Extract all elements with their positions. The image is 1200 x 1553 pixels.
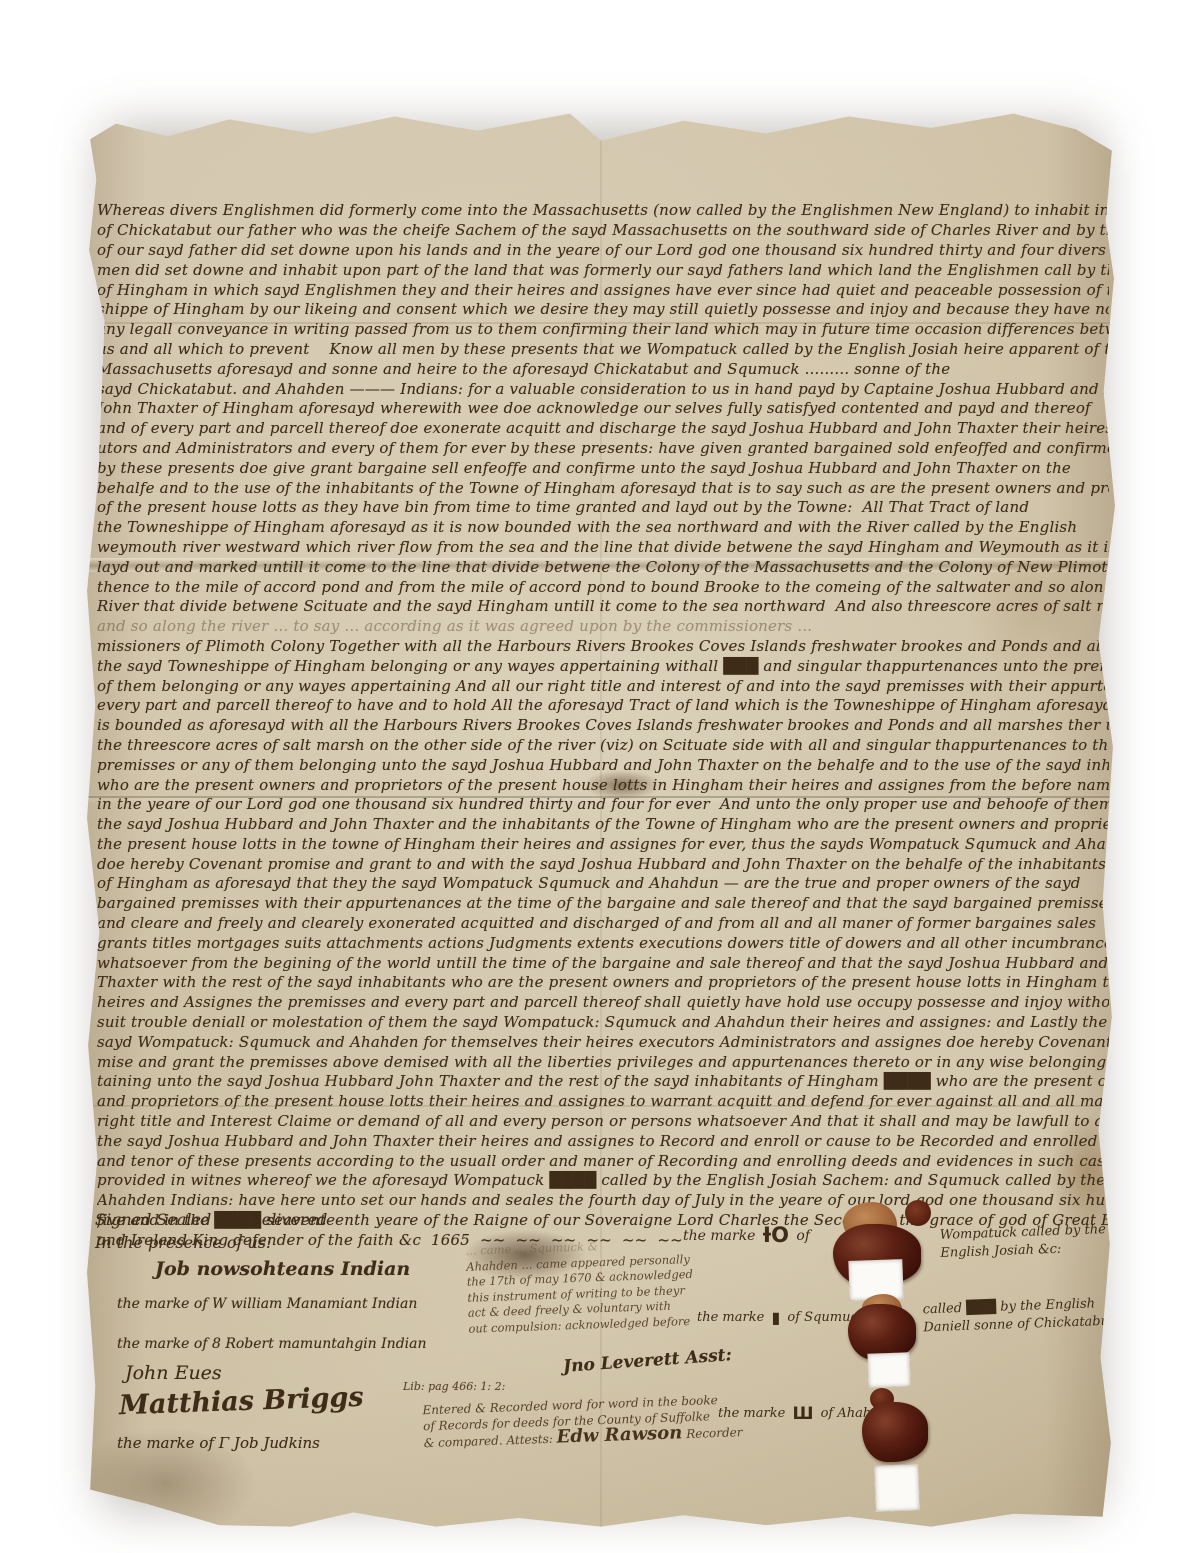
manuscript-line: provided in witnes whereof we the afores… [97,1171,1109,1191]
witness-signature: John Eues [125,1362,222,1384]
manuscript-line: John Thaxter of Hingham aforesayd wherew… [97,399,1109,419]
manuscript-line: missioners of Plimoth Colony Together wi… [97,637,1109,657]
wompatuck-caption: Wompatuck called by the English Josiah &… [939,1221,1106,1263]
manuscript-line: mise and grant the premisses above demis… [97,1053,1109,1073]
manuscript-line: Thaxter with the rest of the sayd inhabi… [97,973,1109,993]
manuscript-line: heires and Assignes the premisses and ev… [97,993,1109,1013]
manuscript-line: utors and Administrators and every of th… [97,439,1109,459]
ahahden-mark-glyph: Ш [789,1404,816,1424]
mark-of-squmuck: the marke ▮ of Squmuck [697,1308,866,1327]
witness-mark: the marke of W william Manamiant Indian [117,1296,417,1312]
manuscript-line: us and all which to prevent Know all men… [97,340,1109,360]
manuscript-line: and so along the river ... to say ... ac… [97,617,1109,637]
recording-attest-label: & compared. Attests: [423,1432,553,1451]
manuscript-line: the sayd Towneshippe of Hingham belongin… [97,657,1109,677]
wax-seal-squmuck [848,1294,918,1360]
parchment-slit-hole [867,1352,910,1387]
manuscript-line: and proprietors of the present house lot… [97,1092,1109,1112]
manuscript-line: grants titles mortgages suits attachment… [97,934,1109,954]
recorder-title: Recorder [686,1425,743,1441]
manuscript-line: and tenor of these presents according to… [97,1152,1109,1172]
manuscript-line: bargained premisses with their appurtena… [97,894,1109,914]
manuscript-line: behalfe and to the use of the inhabitant… [97,479,1109,499]
manuscript-line: the sayd Joshua Hubbard and John Thaxter… [97,1132,1109,1152]
parchment-slit-hole [848,1259,903,1301]
manuscript-line: the sayd Joshua Hubbard and John Thaxter… [97,815,1109,835]
manuscript-line: Whereas divers Englishmen did formerly c… [97,201,1109,221]
manuscript-line: taining unto the sayd Joshua Hubbard Joh… [97,1072,1109,1092]
manuscript-line: premisses or any of them belonging unto … [97,756,1109,776]
manuscript-line: thence to the mile of accord pond and fr… [97,578,1109,598]
leverett-signature: Jno Leverett Asst: [563,1345,733,1377]
squmuck-caption: called ███ by the English Daniell sonne … [922,1295,1114,1338]
rawson-signature: Edw Rawson [556,1422,682,1447]
witness-mark: the marke of Γ Job Judkins [117,1434,320,1452]
witness-signature: Job nowsohteans Indian [155,1258,410,1280]
manuscript-line: by these presents doe give grant bargain… [97,459,1109,479]
manuscript-line: suit trouble deniall or molestation of t… [97,1013,1109,1033]
manuscript-line: of Chickatabut our father who was the ch… [97,221,1109,241]
manuscript-line: the threescore acres of salt marsh on th… [97,736,1109,756]
manuscript-line: every part and parcell thereof to have a… [97,696,1109,716]
manuscript-line: River that divide betwene Scituate and t… [97,597,1109,617]
manuscript-line: sayd Wompatuck: Squmuck and Ahahden for … [97,1033,1109,1053]
mark-of-ahahden: the marke Ш of Ahahden [718,1404,896,1424]
manuscript-line: of the present house lotts as they have … [97,498,1109,518]
manuscript-line: Massachusetts aforesayd and sonne and he… [97,360,1109,380]
manuscript-line: is bounded as aforesayd with all the Har… [97,716,1109,736]
manuscript-line: shippe of Hingham by our likeing and con… [97,300,1109,320]
manuscript-line: of our sayd father did set downe upon hi… [97,241,1109,261]
parchment-slit-hole [874,1464,920,1512]
record-book-reference: Lib: pag 466: 1: 2: [403,1380,505,1393]
manuscript-line: layd out and marked untill it come to th… [97,558,1109,578]
manuscript-line: men did set downe and inhabit upon part … [97,261,1109,281]
closing-line-2: In the presence of us: [95,1231,327,1254]
manuscript-line: of them belonging or any wayes appertain… [97,677,1109,697]
witness-signature: Matthias Briggs [119,1382,365,1422]
manuscript-line: right title and Interest Claime or deman… [97,1112,1109,1132]
mark-label: the marke [697,1310,764,1325]
manuscript-line: whatsoever from the begining of the worl… [97,954,1109,974]
manuscript-line: of Hingham as aforesayd that they the sa… [97,874,1109,894]
closing-attestation: Signed Sealed and delivered In the prese… [95,1208,327,1254]
manuscript-line: sayd Chickatabut. and Ahahden ——— Indian… [97,380,1109,400]
manuscript-line: and of every part and parcell thereof do… [97,419,1109,439]
mark-label: the marke [718,1406,785,1421]
closing-line-1: Signed Sealed and delivered [95,1208,327,1231]
mark-label: of Squmuck [787,1310,865,1325]
manuscript-line: weymouth river westward which river flow… [97,538,1109,558]
manuscript-line: any legall conveyance in writing passed … [97,320,1109,340]
squmuck-mark-glyph: ▮ [768,1308,783,1327]
deed-body-text: Whereas divers Englishmen did formerly c… [97,142,1109,1251]
manuscript-line: the present house lotts in the towne of … [97,835,1109,855]
manuscript-line: and cleare and freely and clearely exone… [97,914,1109,934]
witness-mark: the marke of 8 Robert mamuntahgin Indian [117,1336,427,1352]
deed-parchment-sheet: Whereas divers Englishmen did formerly c… [85,108,1117,1528]
manuscript-line: the Towneshippe of Hingham aforesayd as … [97,518,1109,538]
manuscript-line: who are the present owners and proprieto… [97,776,1109,796]
mark-label: of [796,1228,810,1244]
manuscript-line: doe hereby Covenant promise and grant to… [97,855,1109,875]
mark-label: of Ahahden [821,1406,896,1421]
wax-seal-ahahden [862,1388,932,1464]
manuscript-line: of Hingham in which sayd Englishmen they… [97,281,1109,301]
manuscript-line: in the yeare of our Lord god one thousan… [97,795,1109,815]
